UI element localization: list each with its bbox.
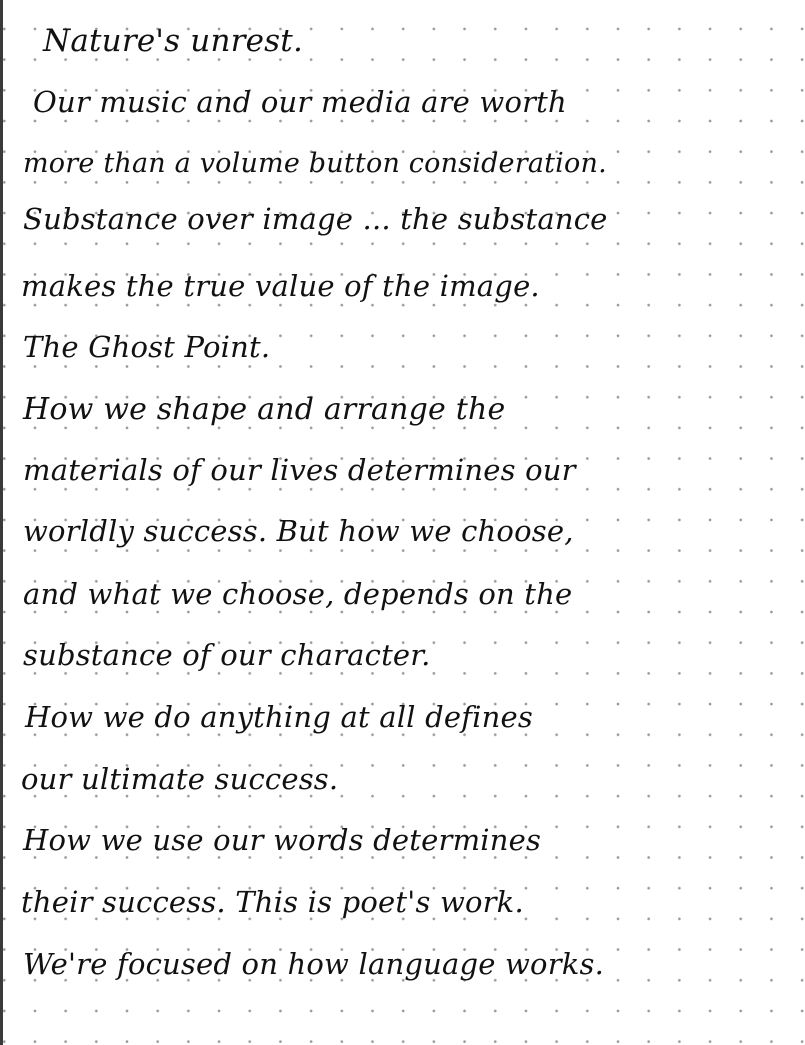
handwritten-line: How we use our words determines (23, 826, 541, 855)
handwritten-line: materials of our lives determines our (23, 456, 576, 485)
handwritten-line: We're focused on how language works. (23, 950, 604, 979)
handwritten-line: substance of our character. (23, 641, 431, 670)
handwritten-line: Our music and our media are worth (33, 88, 567, 117)
handwritten-line: more than a volume button consideration. (23, 150, 607, 177)
handwritten-line: The Ghost Point. (23, 333, 270, 362)
handwritten-line: and what we choose, depends on the (23, 580, 572, 609)
handwritten-line: their success. This is poet's work. (21, 888, 524, 917)
handwritten-line: Nature's unrest. (43, 26, 303, 57)
handwritten-line: our ultimate success. (21, 765, 338, 794)
handwritten-line: makes the true value of the image. (21, 272, 540, 301)
handwritten-line: Substance over image ... the substance (23, 205, 608, 234)
notebook-page: Nature's unrest. Our music and our media… (3, 0, 805, 1045)
handwritten-line: How we do anything at all defines (25, 703, 533, 732)
handwritten-line: worldly success. But how we choose, (23, 517, 574, 546)
handwritten-line: How we shape and arrange the (23, 395, 505, 425)
